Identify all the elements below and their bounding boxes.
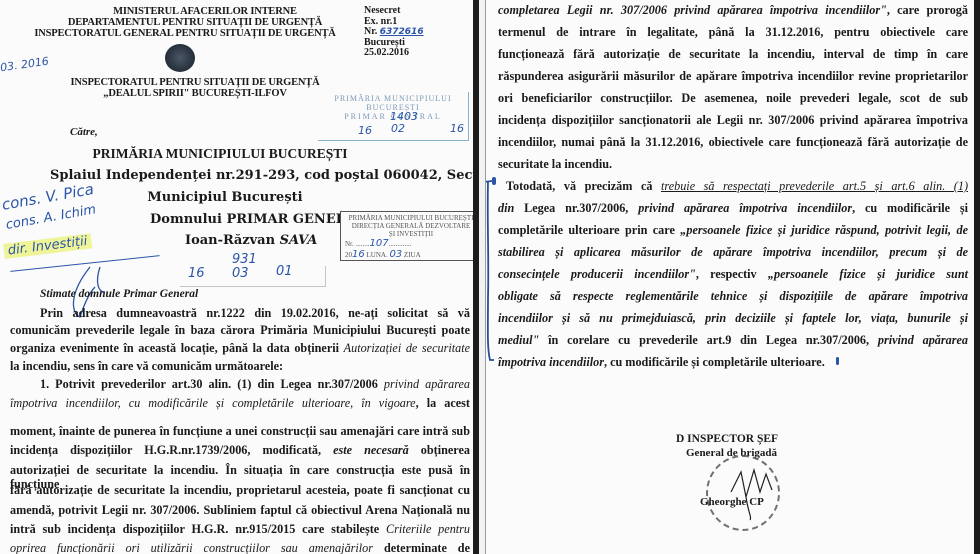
handwritten-margin-bracket-icon [486,178,496,368]
addressee-address: Splaiul Independenței nr.291-293, cod po… [50,168,450,183]
addressee-institution: PRIMĂRIA MUNICIPIULUI BUCUREȘTI [0,146,440,162]
body-line: fără autorizație de securitate la incend… [10,483,470,497]
body-line: mediul" în corelare cu prevederile art.9… [498,333,968,347]
registry-stamp-directorate: PRIMĂRIA MUNICIPIULUI BUCUREȘTI DIRECȚIA… [340,211,473,261]
body-line: amendă, potrivit Legii nr. 307/2006. Sub… [10,503,470,517]
header-department: DEPARTAMENTUL PENTRU SITUAȚII DE URGENȚĂ [40,17,350,28]
header-inspectorate-name: „DEALUL SPIRII" BUCUREȘTI-ILFOV [40,88,350,99]
body-line: oprirea funcționării ori utilizării cons… [10,541,470,554]
body-line: incidența dispozițiilor sancționatorii a… [498,113,968,127]
header-ministry: MINISTERUL AFACERILOR INTERNE [60,6,350,17]
body-line: completările ulterioare prin care „perso… [498,223,968,237]
body-line: securitate la incendiu. [498,157,612,171]
body-line: organiza evenimente în această locație, … [10,341,470,355]
body-line: la incendiu, sens în care vă comunicăm u… [10,359,283,373]
document-date: 25.02.2016 [364,48,424,59]
header-inspectorate-general: INSPECTORATUL GENERAL PENTRU SITUAȚII DE… [20,28,350,39]
handwritten-stamp-number: 931 [232,252,257,267]
body-line: incendiilor, numai până la 31.12.2016, o… [498,135,968,149]
body-line: stabilirea și aplicarea măsurilor de apă… [498,245,968,259]
registry-stamp-primar: PRIMĂRIA MUNICIPIULUI BUCUREȘTI PRIMAR C… [318,92,469,141]
body-line: intră sub incidența dispozițiilor H.G.R.… [10,522,470,536]
body-line: ori beneficiarilor construcțiilor. De as… [498,91,968,105]
salutation: Stimate domnule Primar General [40,288,198,300]
body-line: termenul de intrare în legalitate, până … [498,25,968,39]
letter-page-1: MINISTERUL AFACERILOR INTERNE DEPARTAMEN… [0,0,473,554]
body-line: incendiilor și să nu primejduiască, prin… [498,311,968,325]
letter-page-2: completarea Legii nr. 307/2006 privind a… [486,0,974,554]
signature-scribble-icon [726,462,786,522]
body-line: împotriva incendiilor, cu modificările ș… [498,355,825,369]
document-meta: Nesecret Ex. nr.1 Nr. 6372616 București … [364,6,424,59]
signature-name: Gheorghe CP [700,496,764,508]
header-inspectorate-local: INSPECTORATUL PENTRU SITUAȚII DE URGENȚĂ [40,77,350,88]
addressee-name: Ioan-Răzvan SAVA [185,233,317,248]
page-gap [479,0,486,554]
coat-of-arms-icon [165,44,195,72]
signature-title: D INSPECTOR ȘEF [676,433,778,445]
classification: Nesecret [364,6,424,17]
handwritten-date: 03. 2016 [0,55,50,75]
body-line: 1. Potrivit prevederilor art.30 alin. (1… [40,377,470,391]
addressee-title: Domnului PRIMAR GENERAL [150,212,366,227]
body-line: moment, înainte de punerea în funcțiune … [10,424,470,438]
body-line: completarea Legii nr. 307/2006 privind a… [498,3,968,17]
registration-number: Nr. 6372616 [364,27,424,38]
body-line: consecințele producerii incendiilor", re… [498,267,968,281]
handwritten-note-3: dir. Investiții [3,233,92,259]
body-line: din Legea nr.307/2006, privind apărarea … [498,201,968,215]
body-line: comunicăm prevederile legale în baza căr… [10,323,470,337]
body-line: Totodată, vă precizăm că trebuie să resp… [506,179,968,193]
pen-mark-icon [836,357,839,365]
salutation-to: Către, [70,126,98,138]
body-line: obligate să respecte reglementările tehn… [498,289,968,303]
body-line: incidența dispozițiilor H.G.R.nr.1739/20… [10,443,470,457]
page-border [974,0,980,554]
body-line: funcționează fără autorizație de securit… [498,47,968,61]
body-line: Prin adresa dumneavoastră nr.1222 din 19… [40,306,470,320]
body-line: răspunderea asigurării măsurilor de apăr… [498,69,968,83]
body-line: împotriva incendiilor, cu modificările ș… [10,396,470,410]
